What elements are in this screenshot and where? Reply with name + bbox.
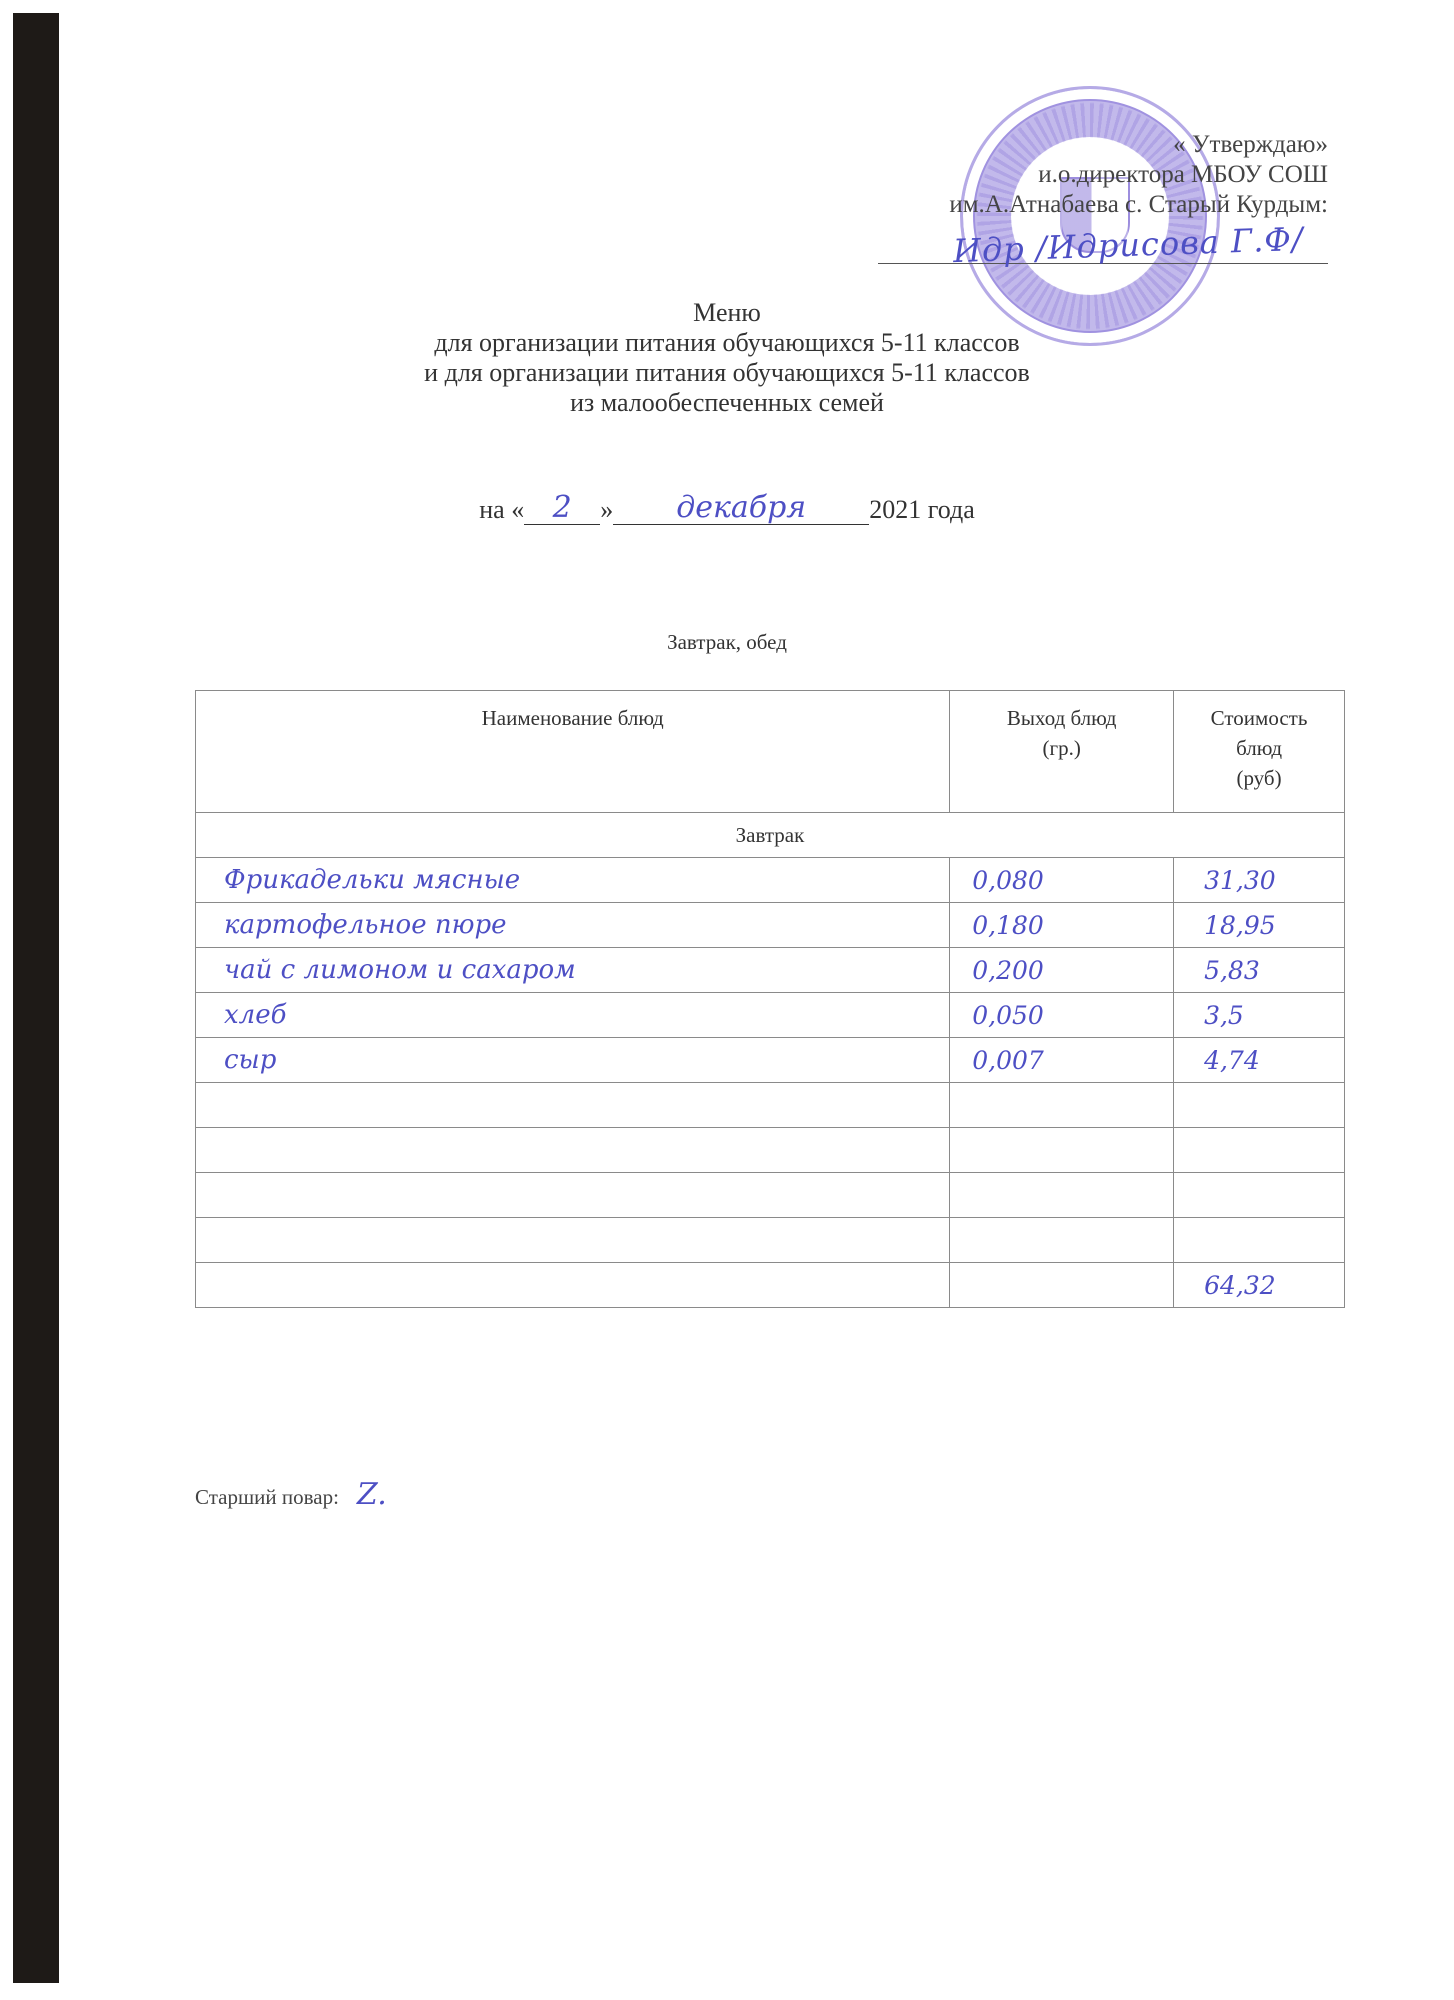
- section-label: Завтрак: [196, 813, 1345, 858]
- menu-table: Наименование блюд Выход блюд (гр.) Стоим…: [195, 690, 1345, 1308]
- dish-cost-cell: 5,83: [1174, 948, 1345, 993]
- dish-name-cell: сыр: [196, 1038, 950, 1083]
- dish-cost-cell: 64,32: [1174, 1263, 1345, 1308]
- date-month: декабря: [676, 490, 806, 525]
- approval-block: « Утверждаю» и.о.директора МБОУ СОШ им.А…: [949, 130, 1328, 254]
- title-line-3: и для организации питания обучающихся 5-…: [0, 358, 1454, 388]
- dish-yield-cell: [950, 1173, 1174, 1218]
- dish-cost-cell: [1174, 1218, 1345, 1263]
- director-signature: Идр /Идрисова Г.Ф/: [953, 224, 1305, 266]
- table-row: [196, 1173, 1345, 1218]
- table-row: сыр0,0074,74: [196, 1038, 1345, 1083]
- dish-name-cell: [196, 1218, 950, 1263]
- cook-signature: Z.: [357, 1477, 387, 1512]
- table-row: [196, 1218, 1345, 1263]
- dish-cost-cell: [1174, 1128, 1345, 1173]
- dish-name-cell: картофельное пюре: [196, 903, 950, 948]
- meal-caption: Завтрак, обед: [0, 630, 1454, 655]
- dish-yield-cell: [950, 1083, 1174, 1128]
- dish-cost-cell: 18,95: [1174, 903, 1345, 948]
- dish-cost-cell: [1174, 1083, 1345, 1128]
- date-middle: »: [600, 495, 613, 524]
- date-month-field: декабря: [613, 494, 869, 525]
- cook-label: Старший повар:: [195, 1485, 339, 1509]
- date-day: 2: [553, 490, 572, 525]
- dish-name-cell: [196, 1173, 950, 1218]
- dish-cost-cell: 3,5: [1174, 993, 1345, 1038]
- approval-school: им.А.Атнабаева с. Старый Курдым:: [949, 190, 1328, 220]
- dish-name-cell: чай с лимоном и сахаром: [196, 948, 950, 993]
- dish-yield-cell: [950, 1218, 1174, 1263]
- date-suffix: 2021 года: [869, 495, 975, 524]
- dish-name-cell: [196, 1263, 950, 1308]
- dish-name-cell: хлеб: [196, 993, 950, 1038]
- dish-yield-cell: 0,180: [950, 903, 1174, 948]
- table-header-row: Наименование блюд Выход блюд (гр.) Стоим…: [196, 691, 1345, 813]
- dish-yield-cell: 0,050: [950, 993, 1174, 1038]
- section-row-breakfast: Завтрак: [196, 813, 1345, 858]
- dish-yield-cell: [950, 1263, 1174, 1308]
- dish-yield-cell: 0,080: [950, 858, 1174, 903]
- dish-cost-cell: 4,74: [1174, 1038, 1345, 1083]
- date-prefix: на «: [479, 495, 524, 524]
- header-yield: Выход блюд (гр.): [950, 691, 1174, 813]
- approval-heading: « Утверждаю»: [949, 130, 1328, 160]
- table-row: чай с лимоном и сахаром0,2005,83: [196, 948, 1345, 993]
- title-line-4: из малообеспеченных семей: [0, 388, 1454, 418]
- dish-yield-cell: [950, 1128, 1174, 1173]
- document-title: Меню для организации питания обучающихся…: [0, 298, 1454, 418]
- dish-name-cell: Фрикадельки мясные: [196, 858, 950, 903]
- title-line-2: для организации питания обучающихся 5-11…: [0, 328, 1454, 358]
- table-row: [196, 1128, 1345, 1173]
- title-menu: Меню: [0, 298, 1454, 328]
- table-row: хлеб0,0503,5: [196, 993, 1345, 1038]
- menu-date: на «2»декабря2021 года: [0, 494, 1454, 525]
- date-day-field: 2: [524, 494, 600, 525]
- header-cost: Стоимость блюд (руб): [1174, 691, 1345, 813]
- table-row: [196, 1083, 1345, 1128]
- dish-name-cell: [196, 1083, 950, 1128]
- header-dish-name: Наименование блюд: [196, 691, 950, 813]
- dish-name-cell: [196, 1128, 950, 1173]
- dish-cost-cell: [1174, 1173, 1345, 1218]
- dish-cost-cell: 31,30: [1174, 858, 1345, 903]
- table-row: Фрикадельки мясные0,08031,30: [196, 858, 1345, 903]
- head-cook-line: Старший повар:Z.: [195, 1477, 387, 1512]
- dish-yield-cell: 0,007: [950, 1038, 1174, 1083]
- table-row: картофельное пюре0,18018,95: [196, 903, 1345, 948]
- table-row: 64,32: [196, 1263, 1345, 1308]
- dish-yield-cell: 0,200: [950, 948, 1174, 993]
- approval-position: и.о.директора МБОУ СОШ: [949, 160, 1328, 190]
